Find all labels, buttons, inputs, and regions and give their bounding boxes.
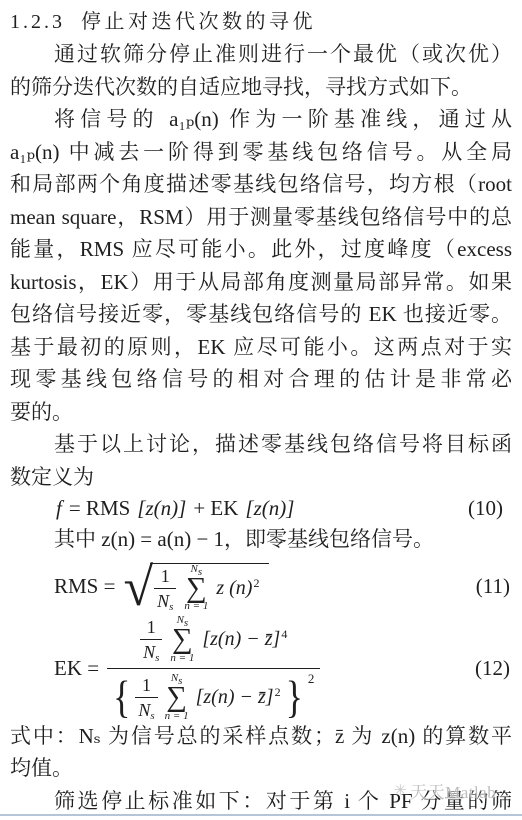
paragraph-2-line-7: 包络信号接近零，零基线包络信号的 EK 也接近零。 (10, 298, 512, 331)
eq11-summation: Ns ∑ n = 1 (184, 564, 208, 613)
section-number: 1.2.3 (10, 11, 65, 33)
paragraph-2-line-6: kurtosis，EK）用于从局部角度测量局部异常。如果 (10, 266, 512, 299)
eq12-denominator: { 1 Ns Ns ∑ n = 1 [z(n) − z̄]2 } 2 (107, 668, 320, 722)
paragraph-2-line-3: 和局部两个角度描述零基线包络信号，均方根（root (10, 168, 512, 201)
eq12-num-sum-upper-sub: s (184, 618, 188, 629)
eq11-body-text: z (n) (216, 577, 252, 599)
paper-page: 1.2.3停止对迭代次数的寻优 通过软筛分停止准则进行一个最优（或次优） 的筛分… (0, 0, 522, 820)
paragraph-5-line-1: 式中：Nₛ 为信号总的采样点数；z̄ 为 z(n) 的算数平 (10, 720, 512, 753)
eq11-fraction: 1 Ns (154, 567, 176, 610)
eq12-num-body-sup: 4 (281, 627, 287, 642)
sigma-icon: ∑ (186, 576, 207, 601)
section-title: 停止对迭代次数的寻优 (81, 11, 316, 33)
section-heading: 1.2.3停止对迭代次数的寻优 (10, 6, 512, 38)
equation-12: EK = 1 Ns Ns ∑ n = 1 [z(n) − z̄]4 { 1 Ns (10, 618, 512, 720)
paragraph-2-line-1: 将信号的 a₁ₚ(n) 作为一阶基准线，通过从 (10, 103, 512, 136)
eq10-plus-ek: + EK (193, 496, 238, 521)
bottom-divider (0, 814, 522, 816)
eq11-number: (11) (476, 574, 512, 599)
paragraph-1-line-2: 的筛分迭代次数的自适应地寻找，寻找方式如下。 (10, 71, 512, 104)
eq11-body: z (n)2 (216, 577, 259, 600)
close-brace-icon: } (286, 675, 303, 720)
paragraph-3-line-1: 基于以上讨论，描述零基线包络信号将目标函 (10, 428, 512, 461)
watermark-star-icon: ✳ (394, 781, 407, 800)
eq12-num-fraction: 1 Ns (140, 618, 162, 661)
eq11-body-sup: 2 (253, 576, 259, 591)
eq12-num-frac-den-sub: s (155, 653, 159, 664)
eq10-f: f (56, 496, 62, 521)
eq12-den-frac-denominator: Ns (135, 697, 157, 719)
eq12-num-body: [z(n) − z̄]4 (202, 628, 287, 651)
eq11-sum-upper-sub: s (198, 567, 202, 578)
eq12-lhs: EK = (54, 656, 99, 681)
eq10-rms: = RMS (69, 496, 130, 521)
eq12-num-frac-denominator: Ns (140, 639, 162, 661)
eq12-den-sum-upper-sub: s (178, 676, 182, 687)
eq12-den-outer-sup: 2 (308, 671, 315, 687)
eq12-num-summation: Ns ∑ n = 1 (170, 615, 194, 664)
eq11-sum-lower: n = 1 (184, 601, 208, 612)
eq11-frac-den-main: N (157, 591, 169, 611)
equation-10: f = RMS [z(n)] + EK [z(n)] (10) (10, 493, 512, 523)
eq10-number: (10) (468, 496, 505, 521)
watermark-text: 天天Matlab (410, 778, 496, 803)
paragraph-2-line-2: a₁ₚ(n) 中减去一阶得到零基线包络信号。从全局 (10, 136, 512, 169)
paragraph-2-line-4: mean square，RSM）用于测量零基线包络信号中的总 (10, 201, 512, 234)
eq10-arg1: [z(n)] (137, 496, 186, 521)
paragraph-1-line-1: 通过软筛分停止准则进行一个最优（或次优） (10, 38, 512, 71)
radical-sign-group: √ 1 Ns Ns ∑ n = 1 z (n)2 (123, 563, 269, 611)
eq11-radicand: 1 Ns Ns ∑ n = 1 z (n)2 (150, 563, 269, 611)
paragraph-2-line-8: 基于最初的原则，EK 应尽可能小。这两点对于实 (10, 331, 512, 364)
paragraph-3-line-2: 数定义为 (10, 461, 512, 494)
eq12-den-body-sup: 2 (275, 685, 281, 700)
eq12-den-summation: Ns ∑ n = 1 (165, 673, 189, 722)
eq12-den-body-text: [z(n) − z̄] (196, 686, 274, 708)
sigma-icon: ∑ (172, 627, 193, 652)
watermark: ✳ 天天Matlab (394, 778, 496, 803)
paragraph-2-line-10: 要的。 (10, 396, 512, 429)
eq10-arg2: [z(n)] (245, 496, 294, 521)
eq12-den-frac-den-main: N (138, 700, 150, 720)
eq12-den-body: [z(n) − z̄]2 (196, 686, 281, 709)
eq12-num-frac-numerator: 1 (144, 618, 159, 639)
equation-11: RMS = √ 1 Ns Ns ∑ n = 1 z (n)2 (11) (10, 556, 512, 618)
eq12-num-body-text: [z(n) − z̄] (202, 628, 280, 650)
sigma-icon: ∑ (166, 685, 187, 710)
eq12-number: (12) (475, 656, 512, 681)
paragraph-2-line-5: 能量，RMS 应尽可能小。此外，过度峰度（excess (10, 233, 512, 266)
eq12-den-frac-den-sub: s (150, 711, 154, 722)
eq12-den-frac-numerator: 1 (139, 676, 154, 697)
open-brace-icon: { (113, 675, 130, 720)
paragraph-2-line-9: 现零基线包络信号的相对合理的估计是非常必 (10, 363, 512, 396)
eq12-num-sum-lower: n = 1 (170, 653, 194, 664)
eq11-frac-den-sub: s (169, 602, 173, 613)
radical-icon: √ (123, 563, 153, 611)
eq12-num-frac-den-main: N (143, 642, 155, 662)
eq12-den-fraction: 1 Ns (135, 676, 157, 719)
eq11-frac-denominator: Ns (154, 588, 176, 610)
eq11-lhs: RMS = (54, 574, 115, 599)
eq12-numerator: 1 Ns Ns ∑ n = 1 [z(n) − z̄]4 (128, 615, 299, 668)
where-line-1: 其中 z(n) = a(n) − 1，即零基线包络信号。 (10, 523, 512, 556)
eq12-big-fraction: 1 Ns Ns ∑ n = 1 [z(n) − z̄]4 { 1 Ns Ns (107, 615, 320, 721)
eq11-frac-numerator: 1 (158, 567, 173, 588)
